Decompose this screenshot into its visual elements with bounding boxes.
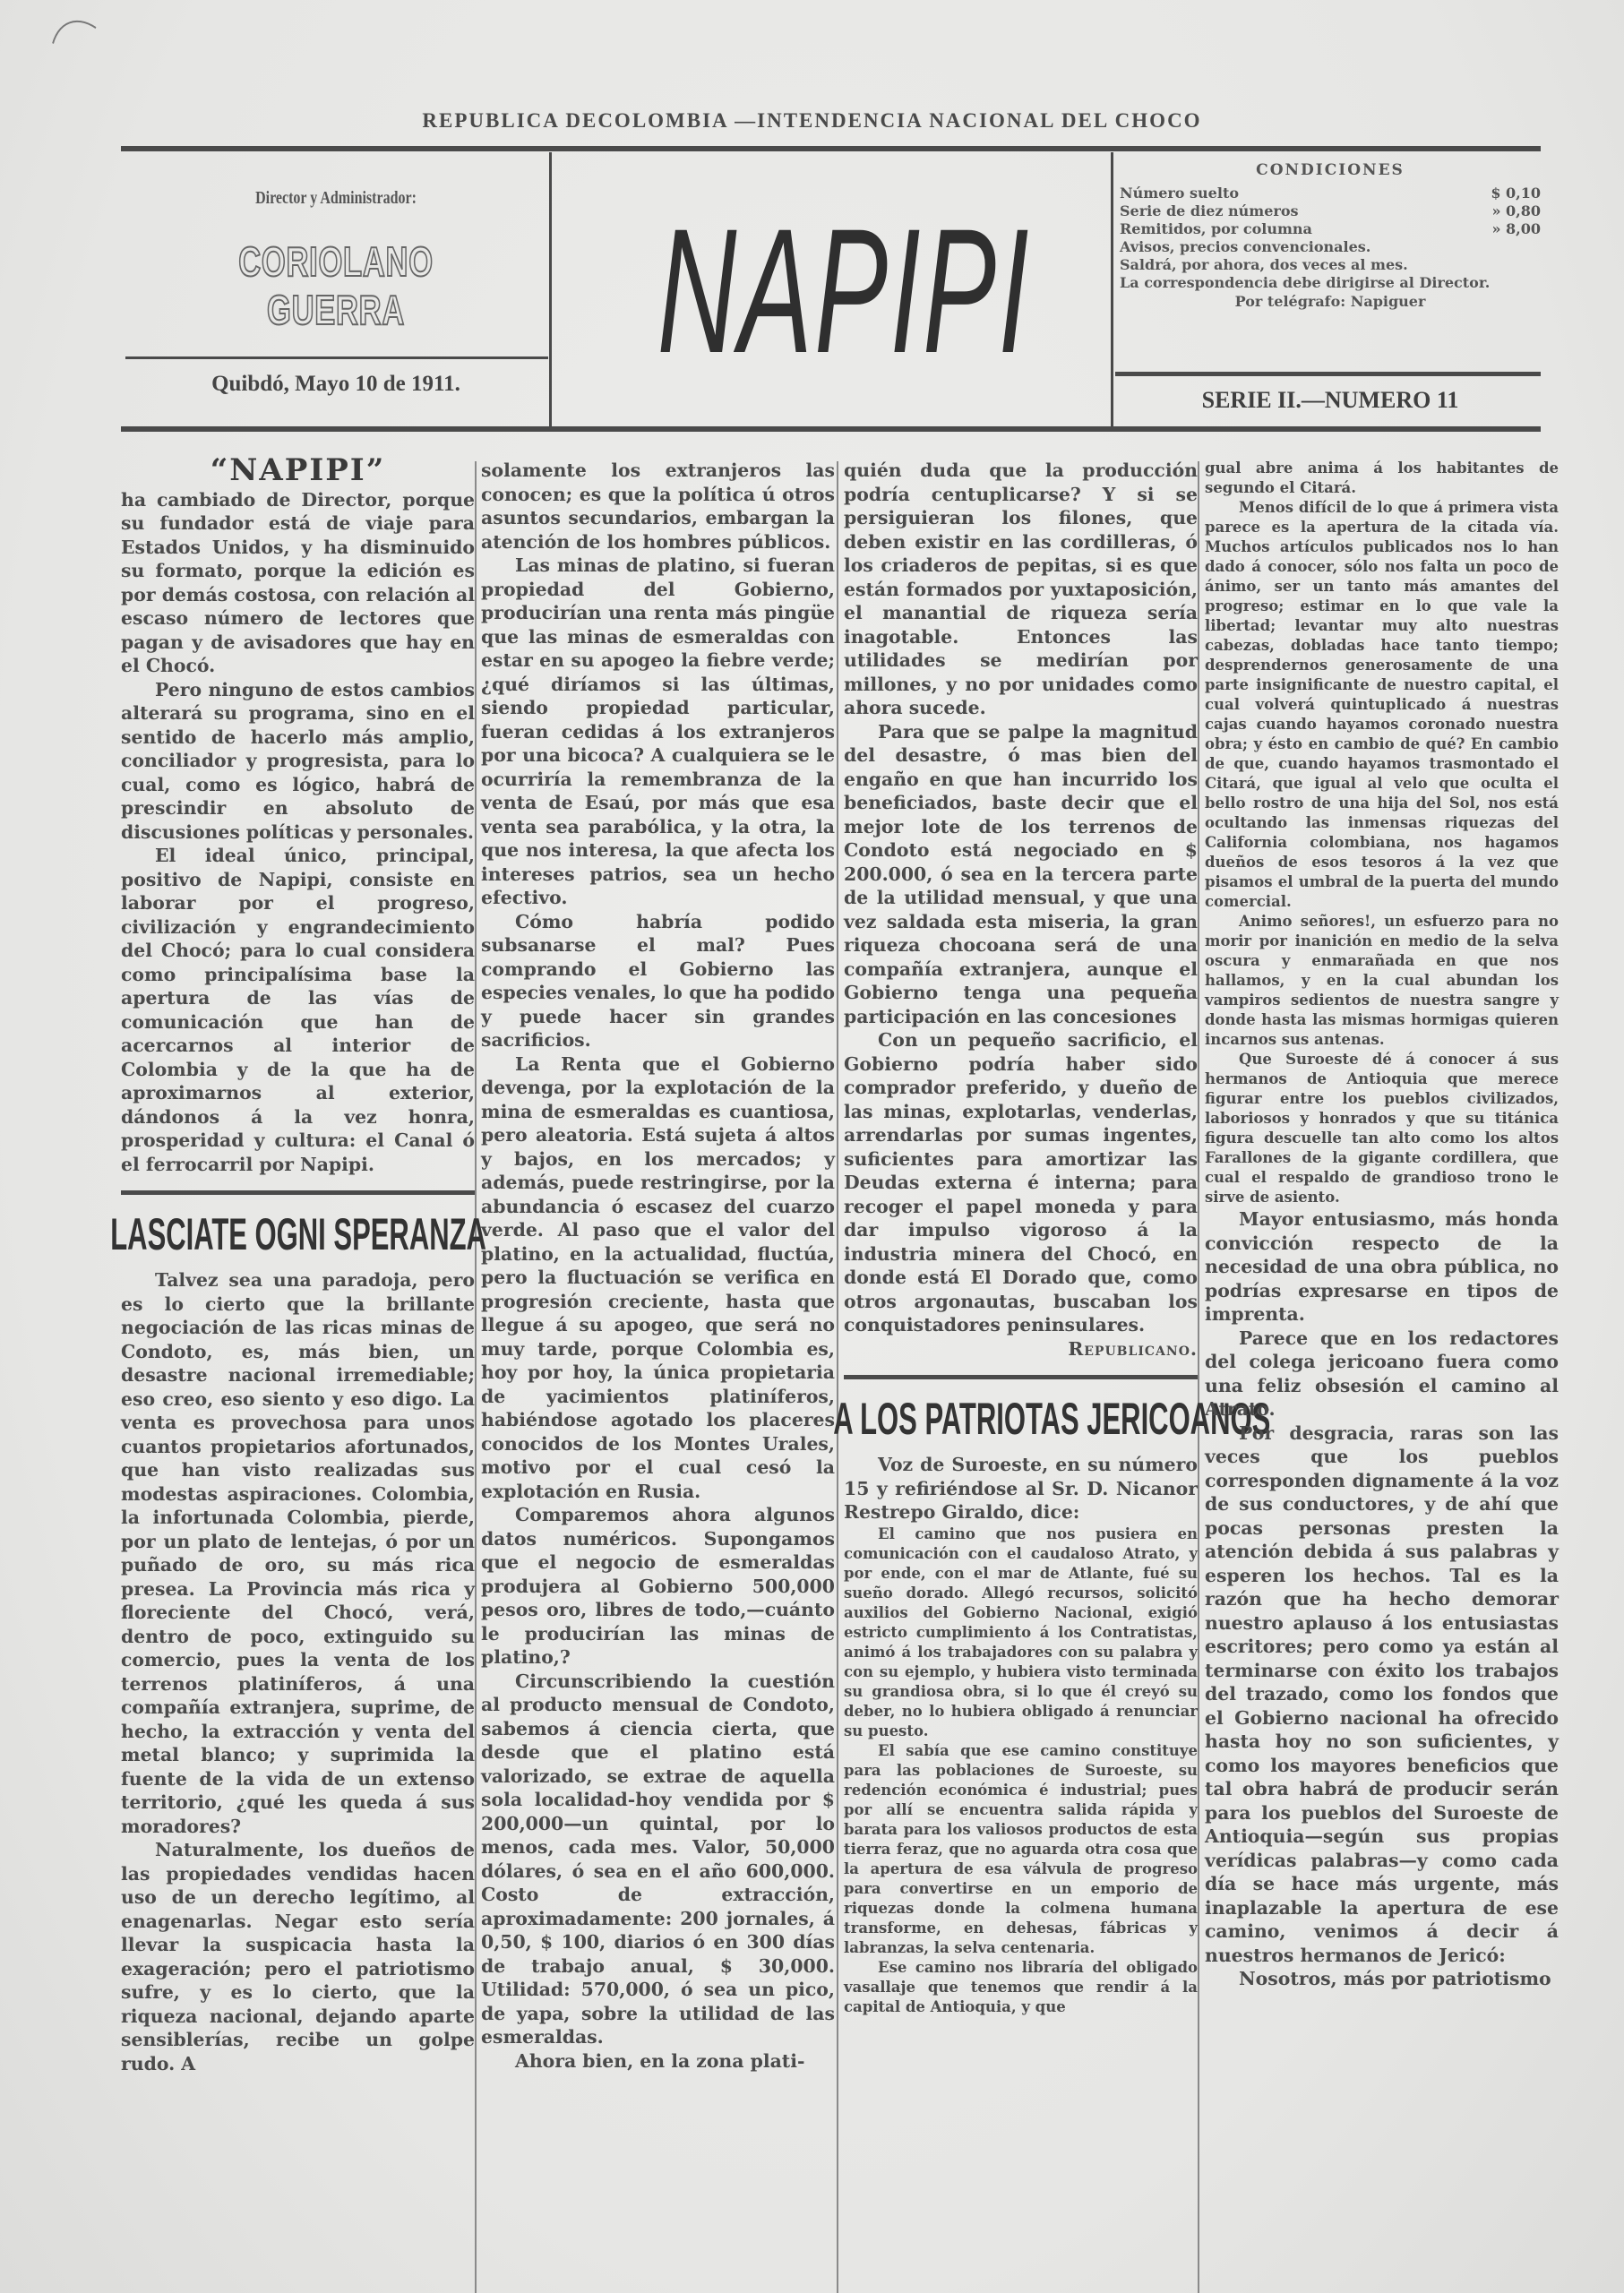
- column-4: gual abre anima á los habitantes de segu…: [1205, 459, 1559, 1991]
- article-paragraph: Las minas de platino, si fueran propieda…: [481, 554, 835, 910]
- film-scratch-mark: [34, 9, 149, 156]
- masthead-director-box: Director y Administrador: CORIOLANO GUER…: [121, 152, 551, 439]
- newspaper-title: NAPIPI: [657, 157, 1005, 425]
- quoted-paragraph: El sabía que ese camino constituye para …: [844, 1741, 1198, 1958]
- article-paragraph: Por desgracia, raras son las veces que l…: [1205, 1421, 1559, 1968]
- column-separator: [837, 461, 838, 2293]
- article-paragraph: quién duda que la producción podría cent…: [844, 459, 1198, 720]
- condition-note: Avisos, precios convencionales.: [1120, 238, 1541, 256]
- article-paragraph: ha cambiado de Director, porque su funda…: [121, 488, 475, 678]
- condition-price: » 0,80: [1491, 202, 1541, 220]
- director-name: CORIOLANO GUERRA: [175, 237, 497, 334]
- condition-label: Serie de diez números: [1120, 202, 1299, 220]
- series-number: SERIE II.—NUMERO 11: [1120, 387, 1541, 414]
- article-paragraph: Con un pequeño sacrificio, el Gobierno p…: [844, 1028, 1198, 1337]
- section-rule: [121, 1190, 475, 1195]
- condition-note: Saldrá, por ahora, dos veces al mes.: [1120, 256, 1541, 274]
- article-paragraph: Nosotros, más por patriotismo: [1205, 1967, 1559, 1991]
- quoted-paragraph: El camino que nos pusiera en comunicació…: [844, 1524, 1198, 1741]
- article-paragraph: Pero ninguno de estos cambios alterará s…: [121, 678, 475, 845]
- quoted-paragraph: Animo señores!, un esfuerzo para no mori…: [1205, 912, 1559, 1050]
- article-paragraph: Talvez sea una paradoja, pero es lo cier…: [121, 1268, 475, 1838]
- conditions-divider: [1115, 372, 1541, 376]
- director-label: Director y Administrador:: [164, 188, 508, 209]
- article-paragraph: Ahora bien, en la zona plati-: [481, 2049, 835, 2074]
- article-title-lasciate: LASCIATE OGNI SPERANZA: [110, 1207, 485, 1261]
- masthead-bottom-rule: [121, 426, 1541, 432]
- column-2: solamente los extranjeros las conocen; e…: [481, 459, 835, 2073]
- article-signature: Republicano.: [844, 1337, 1198, 1361]
- masthead-vline-right: [1111, 152, 1113, 430]
- quoted-paragraph: Menos difícil de lo que á primera vista …: [1205, 498, 1559, 912]
- article-title-napipi: “NAPIPI”: [121, 459, 475, 483]
- article-paragraph: El ideal único, principal, positivo de N…: [121, 844, 475, 1176]
- quoted-paragraph: gual abre anima á los habitantes de segu…: [1205, 459, 1559, 498]
- condition-label: Número suelto: [1120, 185, 1239, 202]
- article-paragraph: solamente los extranjeros las conocen; e…: [481, 459, 835, 554]
- section-rule: [844, 1375, 1198, 1379]
- condition-row: Remitidos, por columna » 8,00: [1120, 220, 1541, 238]
- article-paragraph: Naturalmente, los dueños de las propieda…: [121, 1838, 475, 2075]
- condition-price: $ 0,10: [1491, 185, 1541, 202]
- article-paragraph: Circunscribiendo la cuestión al producto…: [481, 1670, 835, 2049]
- condition-row: Número suelto $ 0,10: [1120, 185, 1541, 202]
- column-separator: [1198, 461, 1199, 2293]
- article-paragraph: Mayor entusiasmo, más honda convicción r…: [1205, 1207, 1559, 1327]
- quoted-paragraph: Que Suroeste dé á conocer á sus hermanos…: [1205, 1050, 1559, 1207]
- article-title-patriotas: A LOS PATRIOTAS JERICOANOS: [833, 1392, 1208, 1446]
- place-date: Quibdó, Mayo 10 de 1911.: [121, 372, 551, 397]
- condition-label: Remitidos, por columna: [1120, 220, 1312, 238]
- column-3: quién duda que la producción podría cent…: [844, 459, 1198, 2017]
- condition-price: » 8,00: [1491, 220, 1541, 238]
- article-paragraph: La Renta que el Gobierno devenga, por la…: [481, 1052, 835, 1504]
- condition-row: Serie de diez números » 0,80: [1120, 202, 1541, 220]
- article-paragraph: Parece que en los redactores del colega …: [1205, 1327, 1559, 1421]
- conditions-heading: CONDICIONES: [1120, 161, 1541, 179]
- masthead-title-box: NAPIPI: [551, 157, 1111, 425]
- quoted-paragraph: Ese camino nos libraría del obligado vas…: [844, 1958, 1198, 2017]
- article-paragraph: Cómo habría podido subsanarse el mal? Pu…: [481, 910, 835, 1052]
- article-intro: Voz de Suroeste, en su número 15 y refir…: [844, 1453, 1198, 1524]
- article-paragraph: Comparemos ahora algunos datos numéricos…: [481, 1503, 835, 1670]
- masthead-top-rule: [121, 146, 1541, 151]
- article-paragraph: Para que se palpe la magnitud del desast…: [844, 720, 1198, 1029]
- director-box-divider: [125, 356, 548, 359]
- column-separator: [475, 461, 477, 2293]
- condition-note: La correspondencia debe dirigirse al Dir…: [1120, 274, 1541, 292]
- masthead-topline: REPUBLICA DECOLOMBIA —INTENDENCIA NACION…: [0, 109, 1624, 133]
- column-1: “NAPIPI” ha cambiado de Director, porque…: [121, 459, 475, 2075]
- telegraph-address: Por telégrafo: Napiguer: [1120, 292, 1541, 312]
- newspaper-page: REPUBLICA DECOLOMBIA —INTENDENCIA NACION…: [0, 0, 1624, 2293]
- conditions-box: CONDICIONES Número suelto $ 0,10 Serie d…: [1120, 161, 1541, 312]
